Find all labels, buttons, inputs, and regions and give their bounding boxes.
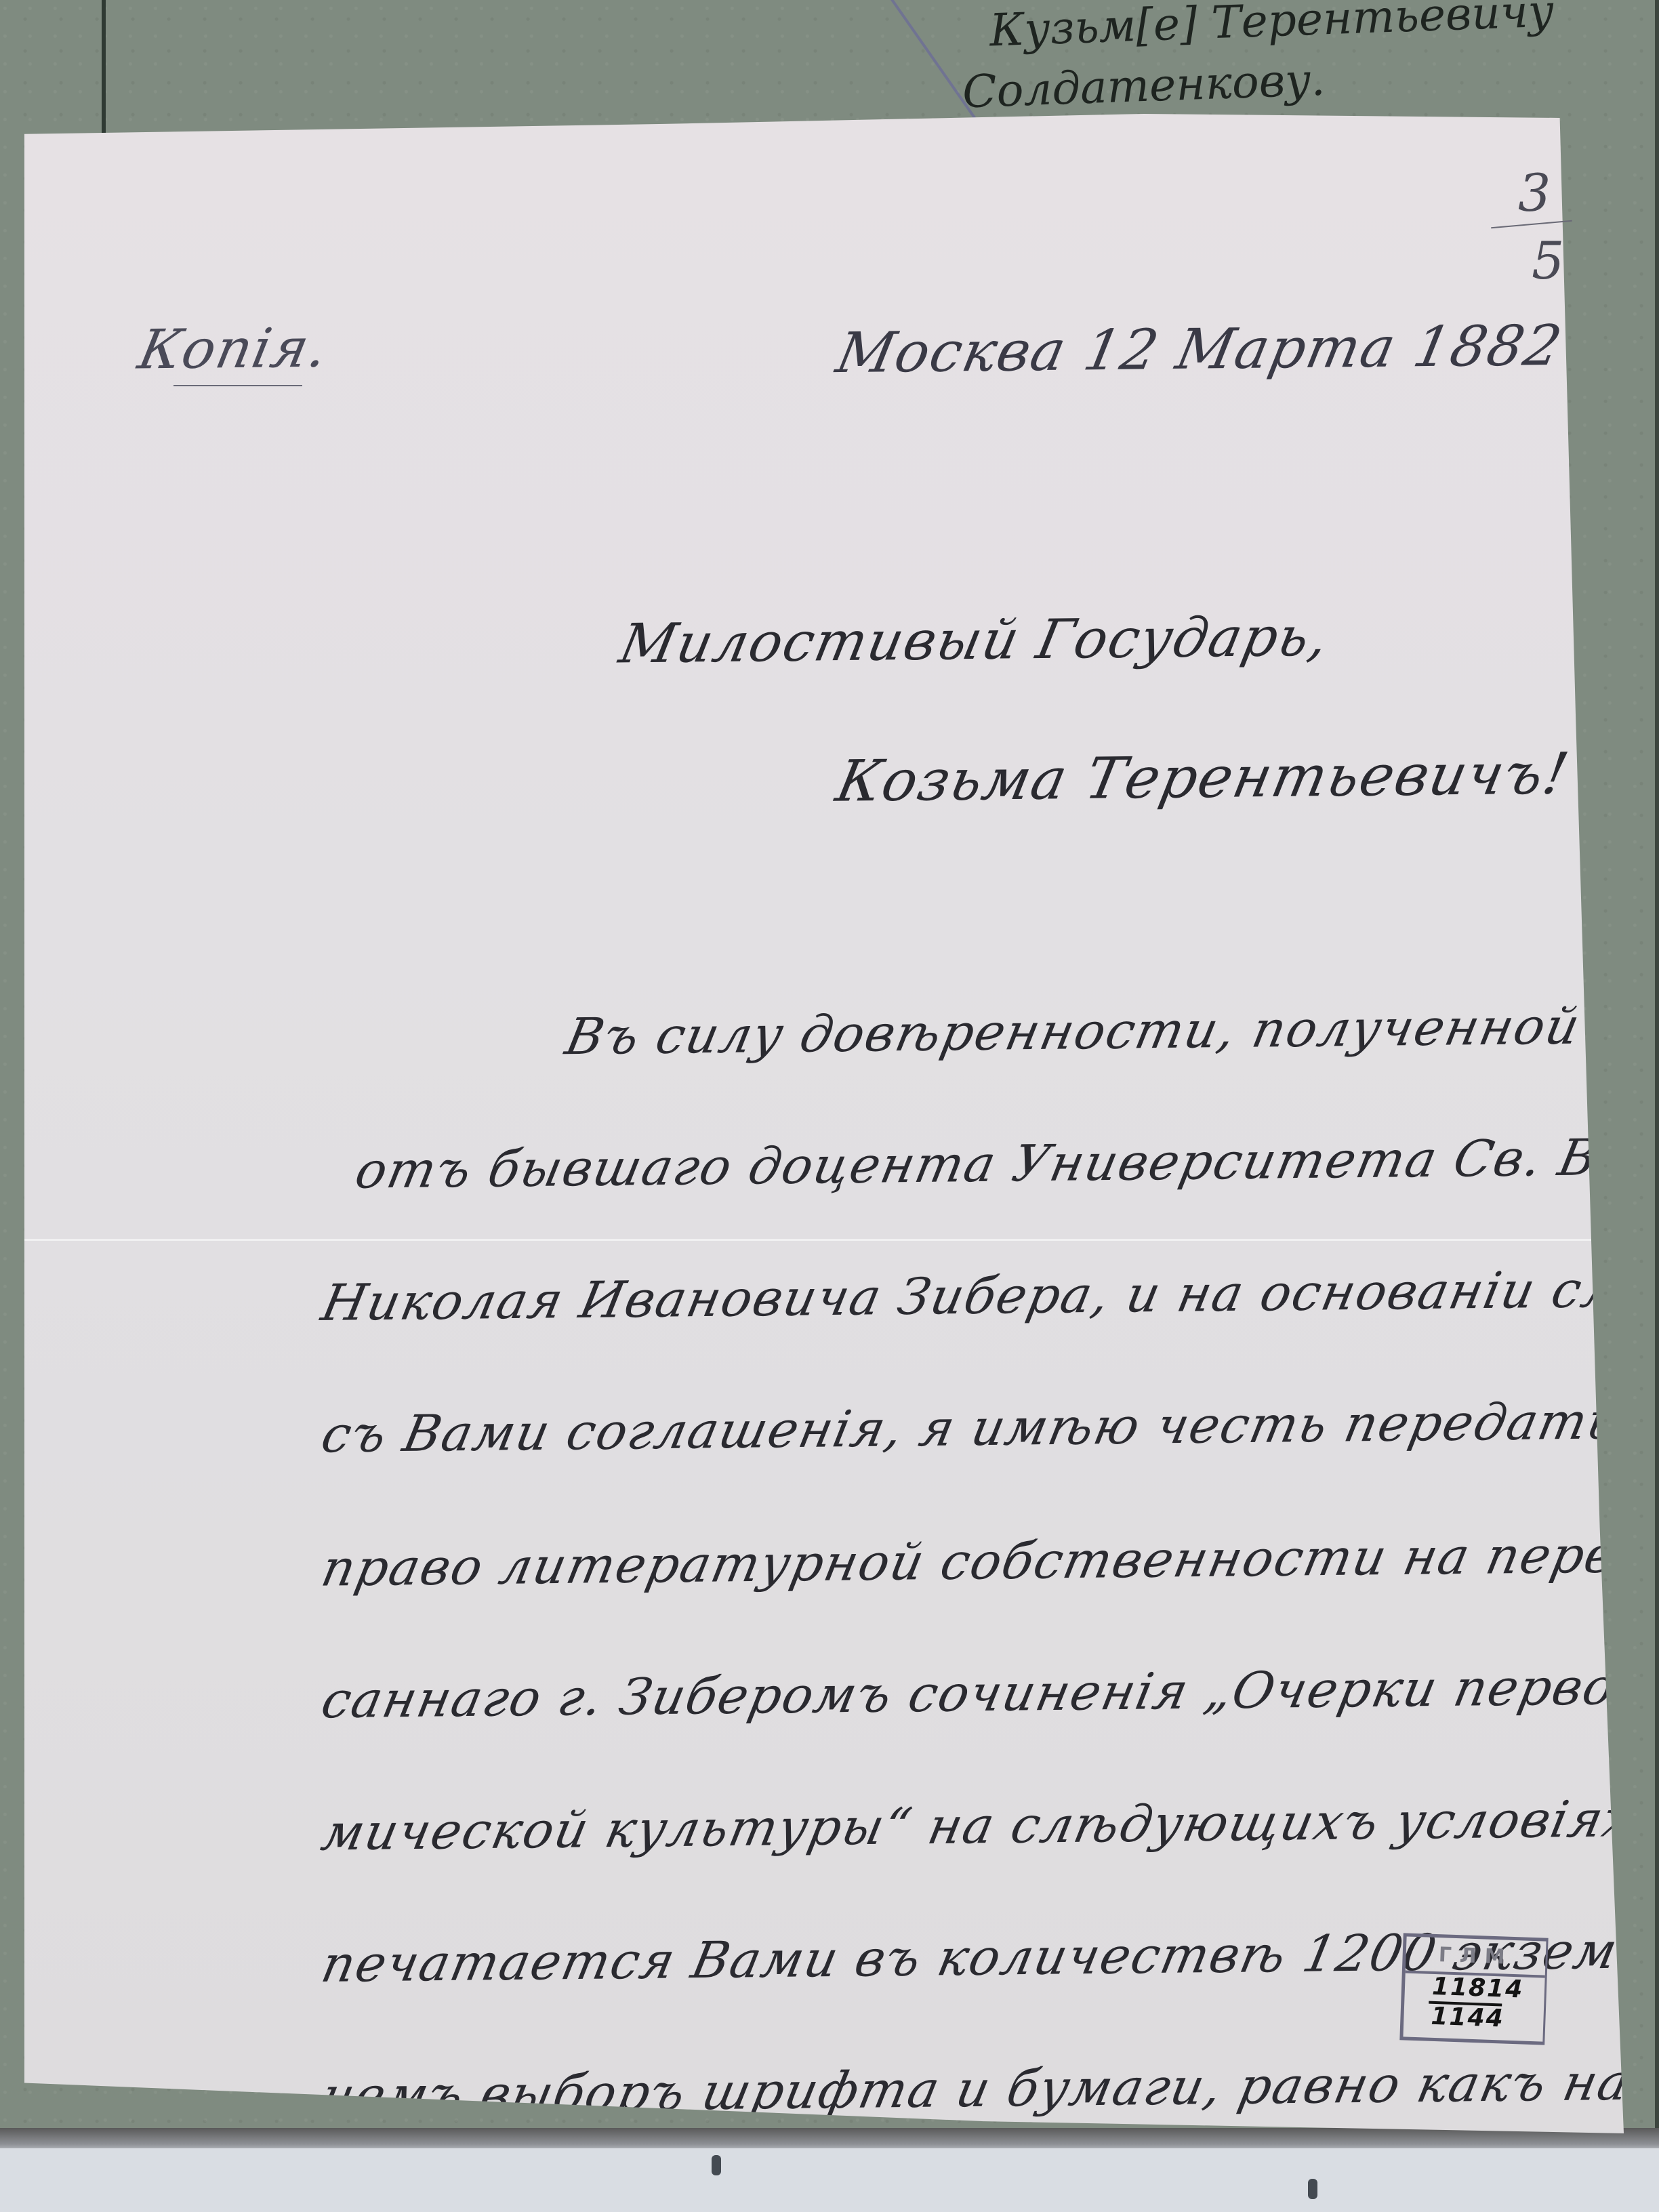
pin-icon bbox=[712, 2155, 721, 2175]
body-line: саннаго г. Зиберомъ сочиненія „Очерки пе… bbox=[316, 1654, 1659, 1730]
stamp-number-top: 11814 bbox=[1431, 1973, 1524, 2004]
copy-label: Копія. bbox=[134, 316, 334, 381]
paper-fold-crease bbox=[24, 1239, 1624, 1241]
folder-note-recipient-surname: Солдатенкову. bbox=[962, 54, 1326, 119]
folder-edge-line bbox=[102, 0, 106, 136]
body-line: чемъ выборъ шрифта и бумаги, равно какъ … bbox=[316, 2051, 1659, 2125]
salutation-line-1: Милостивый Государь, bbox=[615, 605, 1335, 675]
body-line: право литературной собственности на перв… bbox=[316, 1521, 1659, 1597]
table-surface bbox=[0, 2148, 1659, 2212]
stamp-header: ГЛМ bbox=[1406, 1936, 1547, 1978]
body-line: Въ силу довѣренности, полученной мною bbox=[560, 996, 1659, 1066]
body-line: мической культуры“ на слѣдующихъ условія… bbox=[316, 1786, 1659, 1862]
archive-stamp: ГЛМ 11814 1144 bbox=[1399, 1933, 1548, 2045]
folder-right-edge bbox=[1655, 0, 1659, 2212]
body-line: отъ бывшаго доцента Университета Св. Вла… bbox=[350, 1126, 1659, 1200]
body-line: съ Вами соглашенія, я имѣю честь передат… bbox=[316, 1391, 1659, 1465]
copy-label-underline bbox=[173, 385, 302, 386]
folio-number-top: 3 bbox=[1518, 163, 1551, 223]
folio-number-bottom: 5 bbox=[1532, 230, 1564, 291]
folder-note-recipient-name: Кузьм[е] Терентьевичу bbox=[989, 0, 1555, 57]
letter-page: Копія. Москва 12 Марта 1882 г. Милостивы… bbox=[24, 114, 1624, 2133]
salutation-line-2: Козьма Терентьевичъ! bbox=[831, 740, 1575, 815]
body-line: Николая Ивановича Зибера, и на основаніи… bbox=[316, 1258, 1659, 1332]
stamp-number-bottom: 1144 bbox=[1431, 2003, 1505, 2033]
place-date: Москва 12 Марта 1882 г. bbox=[831, 313, 1635, 386]
pin-icon bbox=[1308, 2179, 1317, 2199]
